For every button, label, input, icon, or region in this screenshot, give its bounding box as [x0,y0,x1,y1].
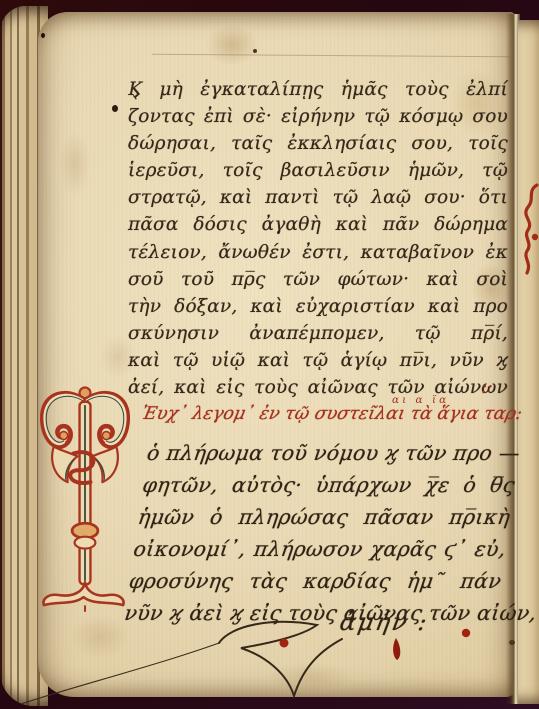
manuscript-line: ἱερεῦσι, τοῖς βασιλεῦσιν ἡμῶν, τῷ [128,157,508,184]
manuscript-line: ὁ πλήρωμα τοῦ νόμου ϗ τῶν προ — [145,437,521,469]
red-dot [462,629,470,637]
ink-speck [253,49,257,53]
amen-word: ἀμήν : [338,608,431,636]
ink-speck [112,105,118,112]
manuscript-line: τέλειον, ἄνωθέν ἐστι, καταβαῖνον ἐκ [128,239,508,266]
illuminated-initial-T [32,384,138,614]
red-dot [280,639,289,648]
manuscript-line: φροσύνης τὰς καρδίας ἡμ῀ πάν [127,565,503,597]
manuscript-line: τὴν δόξαν, καὶ εὐχαριστίαν καὶ προ [128,293,508,320]
ink-speck [509,640,515,645]
manuscript-line: σοῦ τοῦ πρ̅ς τῶν φώτων· καὶ σοὶ [128,266,508,293]
manuscript-line: Ϗ μὴ ἐγκαταλίπῃς ἡμᾶς τοὺς ἐλπί [128,76,508,103]
manuscript-line: οἰκονομί᾽, πλήρωσον χαρᾶς ϛ᾽ εὐ, [132,533,508,565]
manuscript-line: δώρησαι, ταῖς ἐκκλησίαις σου, τοῖς [128,130,508,157]
manuscript-line: ἀεί, καὶ εἰς τοὺς αἰῶνας τῶν αἰώνων [128,374,508,401]
prayer1-text-block: Ϗ μὴ ἐγκαταλίπῃς ἡμᾶς τοὺς ἐλπί ζοντας ἐ… [128,76,508,401]
manuscript-line: σκύνησιν ἀναπέμπομεν, τῷ πρ̅ί, [128,320,508,347]
rubric-line: Ἐυχ᾽ λεγομ᾽ ἐν τῷ συστεῖλαι τὰ ἅγια ταρ: [140,404,470,424]
manuscript-photo: Ϗ μὴ ἐγκαταλίπῃς ἡμᾶς τοὺς ἐλπί ζοντας ἐ… [0,0,539,709]
prayer2-text-block: ὁ πλήρωμα τοῦ νόμου ϗ τῶν προ — φητῶν, α… [123,437,522,629]
manuscript-line: φητῶν, αὐτὸς· ὑπάρχων χ̅ε ὁ θ̅ς [140,469,516,501]
prayer1-end-mark: :· [481,376,493,398]
manuscript-line: πᾶσα δόσις ἀγαθὴ καὶ πᾶν δώρημα [128,211,508,238]
manuscript-line: ἡμῶν ὁ πληρώσας πᾶσαν πρ̅ικὴ [136,501,512,533]
rubric-superscript: αι α ϊα [392,394,449,406]
facing-page-red-ornament [521,183,539,275]
red-teardrop [393,638,400,660]
ink-speck [41,33,45,38]
manuscript-line: ζοντας ἐπὶ σὲ· εἰρήνην τῷ κόσμῳ σου [128,103,508,130]
manuscript-line: καὶ τῷ υἱῷ καὶ τῷ ἁγίῳ πν̅ι, νῦν ϗ [128,347,508,374]
manuscript-line: στρατῷ, καὶ παντὶ τῷ λαῷ σου· ὅτι [128,184,508,211]
